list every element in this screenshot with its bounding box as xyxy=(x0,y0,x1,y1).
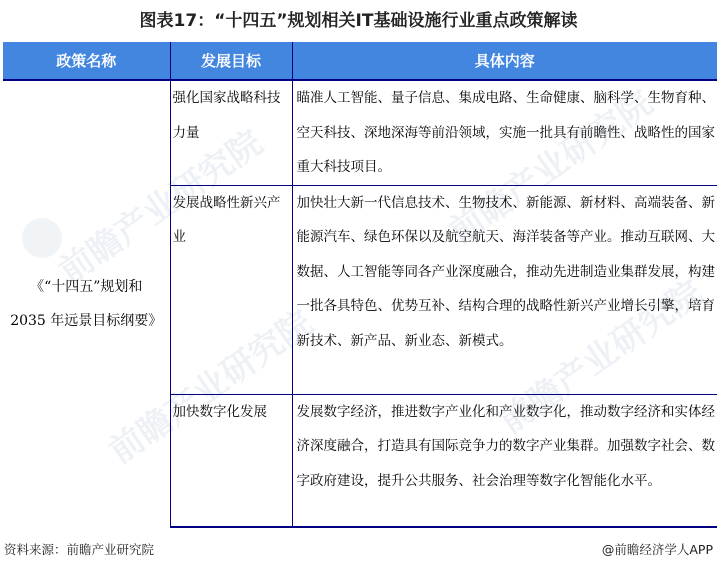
figure-title: 图表17：“十四五”规划相关IT基础设施行业重点政策解读 xyxy=(0,6,717,31)
content-cell: 加快壮大新一代信息技术、生物技术、新能源、新材料、高端装备、新能源汽车、绿色环保… xyxy=(292,185,717,394)
header-content: 具体内容 xyxy=(292,42,717,80)
content-cell: 瞄准人工智能、量子信息、集成电路、生命健康、脑科学、生物育种、空天科技、深地深海… xyxy=(292,80,717,185)
content-cell: 发展数字经济，推进数字产业化和产业数字化，推动数字经济和实体经济深度融合，打造具… xyxy=(292,394,717,527)
goal-cell: 强化国家战略科技力量 xyxy=(170,80,292,185)
credit-note: @前瞻经济学人APP xyxy=(602,540,713,558)
policy-name-line2: 2035 年远景目标纲要》 xyxy=(5,304,168,338)
header-goal: 发展目标 xyxy=(170,42,292,80)
policy-table: 政策名称 发展目标 具体内容 《“十四五”规划和 2035 年远景目标纲要》 强… xyxy=(3,42,717,528)
table-header-row: 政策名称 发展目标 具体内容 xyxy=(3,42,717,80)
goal-cell: 发展战略性新兴产业 xyxy=(170,185,292,394)
policy-name-line1: 《“十四五”规划和 xyxy=(5,270,168,304)
header-policy-name: 政策名称 xyxy=(3,42,170,80)
goal-cell: 加快数字化发展 xyxy=(170,394,292,527)
policy-name-cell: 《“十四五”规划和 2035 年远景目标纲要》 xyxy=(3,80,170,527)
source-note: 资料来源：前瞻产业研究院 xyxy=(4,540,154,558)
table-row: 《“十四五”规划和 2035 年远景目标纲要》 强化国家战略科技力量 瞄准人工智… xyxy=(3,80,717,185)
